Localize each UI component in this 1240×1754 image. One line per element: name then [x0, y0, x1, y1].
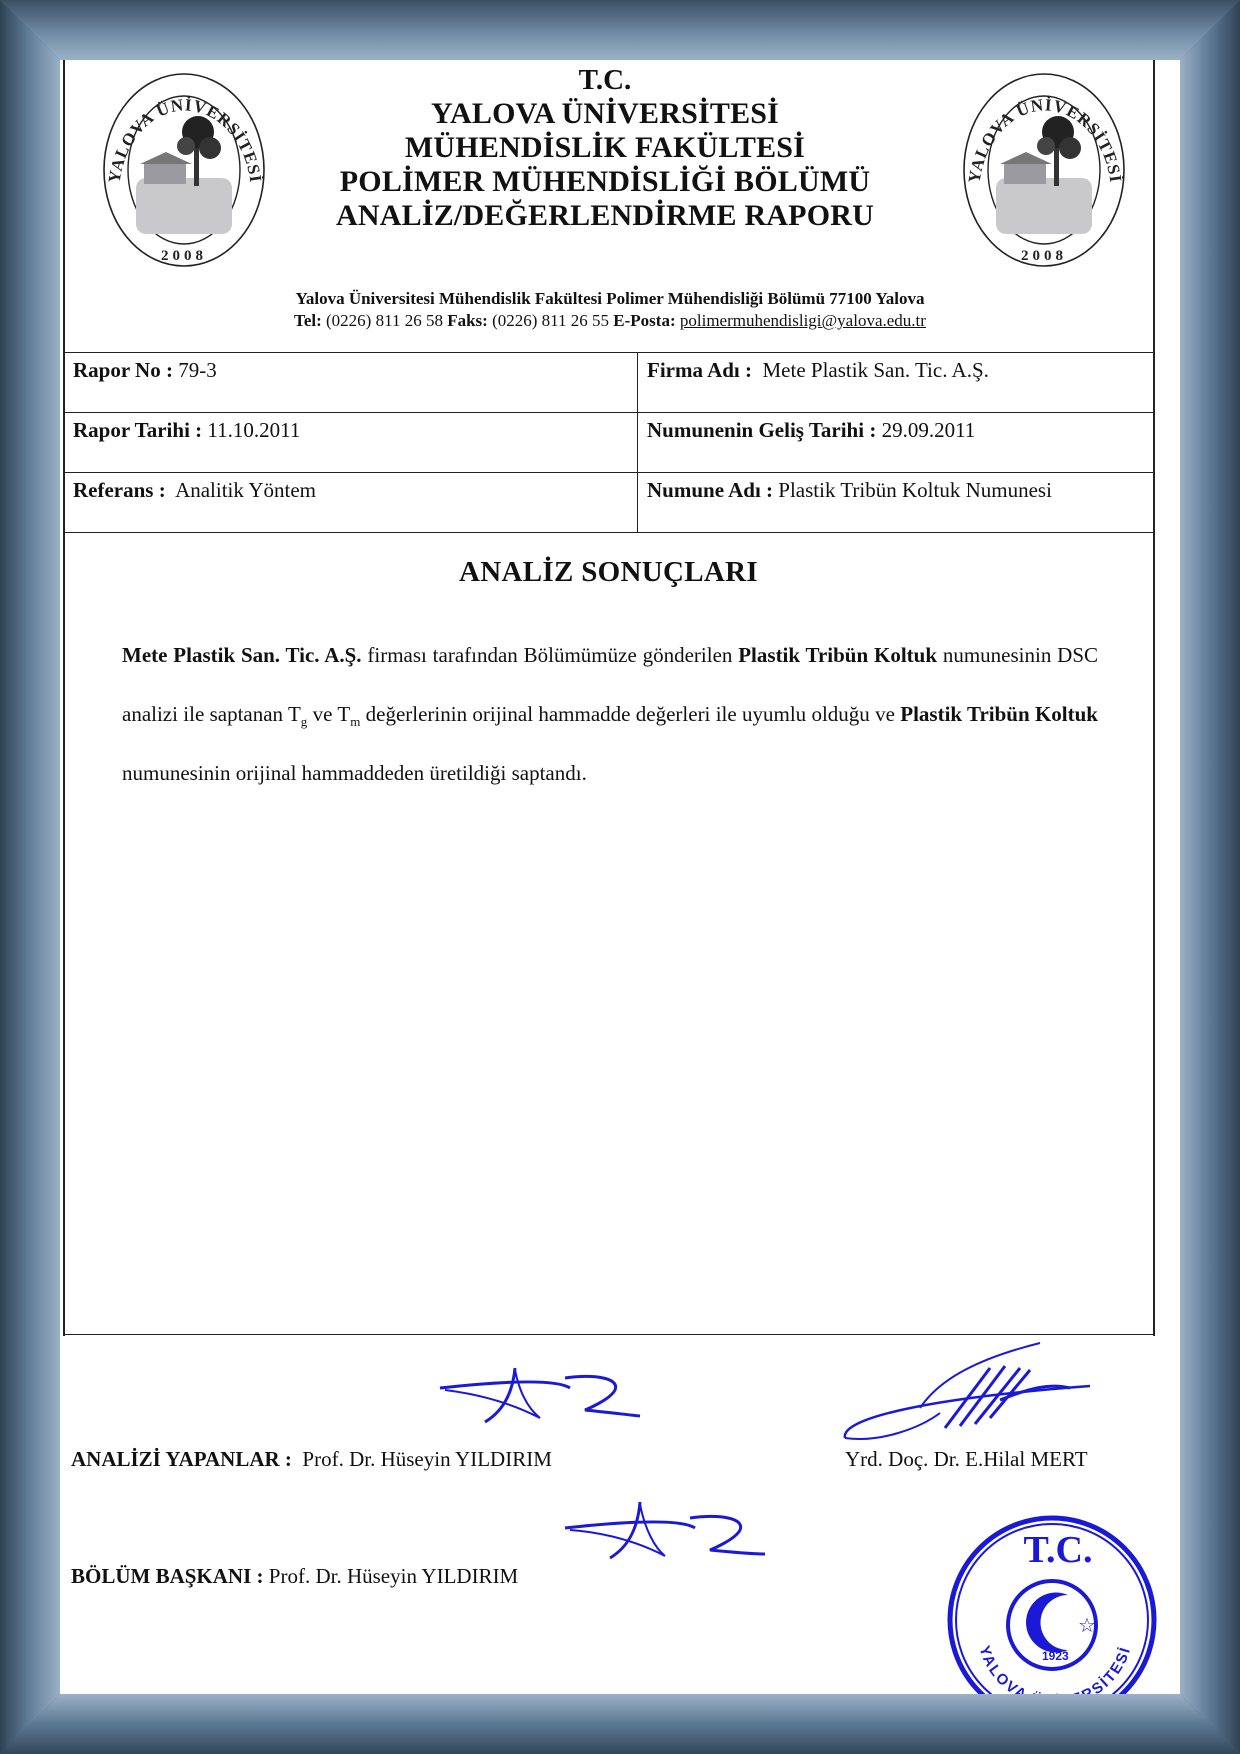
frame-top	[0, 0, 1240, 60]
fax-label: Faks:	[447, 311, 488, 330]
arrival-date-cell: Numunenin Geliş Tarihi : 29.09.2011	[638, 413, 1154, 473]
report-date-label: Rapor Tarihi :	[73, 418, 202, 442]
results-title: ANALİZ SONUÇLARI	[64, 556, 1153, 589]
header-line-report-type: ANALİZ/DEĞERLENDİRME RAPORU	[260, 199, 950, 233]
table-row: Rapor Tarihi : 11.10.2011 Numunenin Geli…	[64, 413, 1154, 473]
svg-text:2008: 2008	[161, 248, 207, 264]
report-date-value: 11.10.2011	[207, 418, 300, 442]
company-cell: Firma Adı : Mete Plastik San. Tic. A.Ş.	[638, 353, 1154, 413]
text-run: numunesinin orijinal hammaddeden üretild…	[122, 761, 587, 785]
document-page: YALOVA ÜNİVERSİTESİ 2008 YALOVA ÜNİVERSİ…	[60, 60, 1180, 1694]
subscript-m: m	[350, 714, 360, 729]
sample-name-bold: Plastik Tribün Koltuk	[900, 702, 1098, 726]
email-label: E-Posta:	[613, 311, 675, 330]
header-line-faculty: MÜHENDİSLİK FAKÜLTESİ	[260, 131, 950, 165]
tel-label: Tel:	[294, 311, 322, 330]
report-no-value: 79-3	[178, 358, 217, 382]
analysts-line: ANALİZİ YAPANLAR : Prof. Dr. Hüseyin YIL…	[71, 1447, 552, 1472]
reference-label: Referans :	[73, 478, 166, 502]
arrival-date-value: 29.09.2011	[882, 418, 976, 442]
report-date-cell: Rapor Tarihi : 11.10.2011	[64, 413, 638, 473]
table-row: Rapor No : 79-3 Firma Adı : Mete Plastik…	[64, 353, 1154, 413]
address-line: Yalova Üniversitesi Mühendislik Fakültes…	[295, 289, 924, 308]
university-logo-right: YALOVA ÜNİVERSİTESİ 2008	[960, 70, 1128, 270]
fax-value: (0226) 811 26 55	[492, 311, 609, 330]
svg-text:2008: 2008	[1021, 248, 1067, 264]
results-paragraph: Mete Plastik San. Tic. A.Ş. firması tara…	[122, 626, 1098, 803]
results-section: ANALİZ SONUÇLARI Mete Plastik San. Tic. …	[63, 526, 1154, 1335]
text-run: değerlerinin orijinal hammadde değerleri…	[360, 702, 900, 726]
frame-left	[0, 0, 60, 1754]
official-stamp: ☆ T.C. YALOVA ÜNİVERSİTESİ 1923	[940, 1500, 1165, 1694]
signature-head	[560, 1488, 790, 1568]
frame-right	[1180, 0, 1240, 1754]
company-value: Mete Plastik San. Tic. A.Ş.	[763, 358, 989, 382]
company-label: Firma Adı :	[647, 358, 752, 382]
text-run: ve T	[307, 702, 350, 726]
svg-text:T.C.: T.C.	[1024, 1529, 1093, 1571]
reference-cell: Referans : Analitik Yöntem	[64, 473, 638, 533]
analyst1-name: Prof. Dr. Hüseyin YILDIRIM	[302, 1447, 551, 1471]
sample-name-value: Plastik Tribün Koltuk Numunesi	[778, 478, 1052, 502]
frame-bottom	[0, 1694, 1240, 1754]
report-no-cell: Rapor No : 79-3	[64, 353, 638, 413]
head-label: BÖLÜM BAŞKANI :	[71, 1564, 264, 1588]
sample-name-label: Numune Adı :	[647, 478, 773, 502]
report-no-label: Rapor No :	[73, 358, 173, 382]
email-link[interactable]: polimermuhendisligi@yalova.edu.tr	[680, 311, 926, 330]
tel-value: (0226) 811 26 58	[326, 311, 443, 330]
company-name-bold: Mete Plastik San. Tic. A.Ş.	[122, 643, 362, 667]
analysts-label: ANALİZİ YAPANLAR :	[71, 1447, 292, 1471]
report-header: T.C. YALOVA ÜNİVERSİTESİ MÜHENDİSLİK FAK…	[260, 60, 950, 233]
arrival-date-label: Numunenin Geliş Tarihi :	[647, 418, 876, 442]
sample-name-cell: Numune Adı : Plastik Tribün Koltuk Numun…	[638, 473, 1154, 533]
signature-analyst2	[840, 1338, 1100, 1448]
university-logo-left: YALOVA ÜNİVERSİTESİ 2008	[100, 70, 268, 270]
head-line: BÖLÜM BAŞKANI : Prof. Dr. Hüseyin YILDIR…	[71, 1564, 518, 1589]
svg-text:☆: ☆	[1078, 1613, 1096, 1637]
header-line-university: YALOVA ÜNİVERSİTESİ	[260, 97, 950, 131]
reference-value: Analitik Yöntem	[175, 478, 316, 502]
contact-address: Yalova Üniversitesi Mühendislik Fakültes…	[150, 288, 1070, 332]
analyst2-name: Yrd. Doç. Dr. E.Hilal MERT	[845, 1447, 1088, 1471]
signature-analyst1	[435, 1360, 665, 1440]
header-line-tc: T.C.	[260, 64, 950, 97]
svg-text:1923: 1923	[1042, 1649, 1069, 1663]
header-line-department: POLİMER MÜHENDİSLİĞİ BÖLÜMÜ	[260, 165, 950, 199]
sample-name-bold: Plastik Tribün Koltuk	[738, 643, 937, 667]
head-name: Prof. Dr. Hüseyin YILDIRIM	[269, 1564, 518, 1588]
report-info-table: Rapor No : 79-3 Firma Adı : Mete Plastik…	[63, 352, 1154, 533]
analyst2-line: Yrd. Doç. Dr. E.Hilal MERT	[845, 1447, 1088, 1472]
table-row: Referans : Analitik Yöntem Numune Adı : …	[64, 473, 1154, 533]
text-run: firması tarafından Bölümümüze gönderilen	[362, 643, 739, 667]
